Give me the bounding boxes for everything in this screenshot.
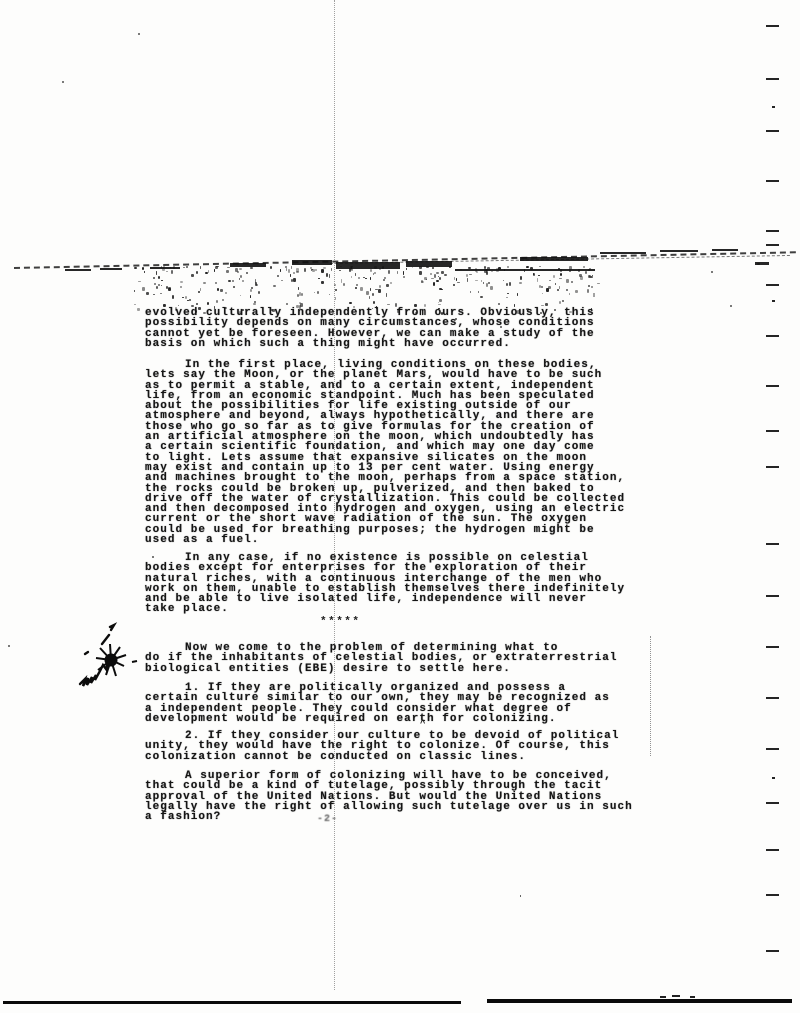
noise-speck [498, 303, 500, 305]
edge-tick [766, 25, 779, 27]
noise-speck [286, 268, 287, 270]
noise-speck [467, 278, 469, 282]
edge-tick [766, 894, 779, 896]
noise-speck [496, 268, 499, 272]
noise-speck [335, 289, 337, 291]
noise-speck [591, 286, 593, 289]
noise-speck [386, 284, 389, 287]
noise-speck [434, 274, 436, 278]
noise-speck [419, 271, 422, 275]
noise-speck [293, 278, 296, 281]
noise-speck [186, 266, 188, 268]
noise-speck [403, 271, 404, 275]
crease-ink-blot [336, 262, 400, 269]
noise-speck [215, 282, 217, 284]
noise-speck [593, 293, 595, 295]
noise-speck [454, 277, 455, 280]
noise-speck [250, 289, 252, 292]
noise-speck [441, 289, 444, 290]
noise-speck [575, 290, 578, 292]
noise-speck [365, 278, 367, 279]
crease-ink-blot [230, 263, 266, 267]
noise-speck [171, 270, 172, 273]
noise-speck [142, 267, 144, 270]
noise-speck [490, 286, 493, 290]
edge-tick [766, 849, 779, 851]
noise-speck [438, 304, 441, 305]
paragraph: evolved culturally independently from ou… [145, 308, 595, 349]
noise-speck [566, 279, 569, 282]
noise-speck [286, 303, 288, 305]
stray-speck [62, 81, 64, 83]
noise-speck [235, 268, 237, 272]
noise-speck [198, 291, 200, 293]
noise-speck [299, 292, 301, 296]
noise-speck [343, 283, 345, 286]
noise-speck [163, 304, 165, 307]
noise-speck [272, 309, 275, 312]
noise-speck [232, 280, 235, 282]
stray-speck [455, 318, 457, 320]
noise-speck [578, 269, 580, 272]
noise-speck [559, 278, 561, 279]
noise-speck [520, 276, 522, 280]
noise-speck [484, 269, 487, 273]
edge-tick [772, 300, 775, 302]
noise-speck [526, 267, 528, 268]
noise-speck [222, 299, 223, 302]
noise-speck [432, 267, 434, 269]
noise-speck [439, 299, 442, 302]
noise-speck [507, 266, 508, 267]
paragraph: 2. If they consider our culture to be de… [145, 731, 619, 762]
noise-speck [156, 286, 158, 290]
stray-speck [730, 305, 732, 307]
noise-speck [226, 270, 229, 274]
noise-speck [549, 280, 550, 282]
paragraph: In the first place, living conditions on… [145, 360, 625, 545]
noise-speck [358, 277, 360, 279]
noise-speck [310, 267, 311, 269]
noise-speck [178, 305, 179, 306]
noise-speck [220, 289, 222, 292]
noise-speck [314, 292, 315, 293]
noise-speck [395, 303, 397, 307]
noise-speck [296, 305, 299, 308]
noise-speck [329, 274, 330, 278]
right-margin-dotted-line [650, 636, 651, 756]
noise-speck [569, 270, 571, 272]
noise-speck [153, 294, 155, 295]
noise-speck [240, 295, 242, 296]
crease-ink-blot [712, 249, 738, 251]
noise-speck [387, 304, 390, 305]
bottom-scan-bar-left [3, 1001, 461, 1004]
noise-speck [537, 278, 538, 282]
noise-speck [341, 279, 342, 282]
ink-star-doodle [96, 644, 137, 676]
noise-speck [290, 274, 292, 277]
noise-speck [296, 268, 299, 272]
noise-speck [559, 286, 561, 289]
noise-speck [134, 267, 137, 268]
noise-speck [239, 278, 241, 280]
noise-speck [161, 285, 162, 286]
edge-tick [766, 130, 779, 132]
edge-tick [766, 595, 779, 597]
stray-speck [545, 303, 548, 306]
edge-tick [766, 543, 779, 545]
noise-speck [160, 293, 162, 294]
edge-tick [766, 230, 779, 232]
noise-speck [376, 306, 377, 310]
edge-tick [766, 284, 779, 286]
noise-speck [339, 270, 341, 271]
noise-speck [196, 303, 198, 304]
noise-speck [491, 271, 492, 272]
noise-speck [588, 285, 590, 287]
crease-ink-blot [600, 252, 646, 254]
noise-speck [208, 270, 209, 273]
crease-ink-blot [520, 257, 588, 261]
noise-speck [553, 275, 555, 278]
bottom-bar-serration [672, 995, 680, 997]
fold-crease-line [14, 251, 796, 269]
edge-tick [766, 466, 779, 468]
separator-asterisks: ***** [320, 617, 361, 627]
noise-speck [503, 280, 505, 282]
noise-speck [555, 283, 556, 285]
bottom-bar-serration [690, 996, 695, 998]
edge-tick [766, 950, 779, 952]
noise-speck [379, 285, 381, 288]
noise-speck [557, 289, 560, 291]
edge-tick [766, 697, 779, 699]
noise-speck [142, 287, 144, 291]
noise-speck [506, 297, 508, 299]
insertion-caret-mark: ^ [420, 720, 425, 729]
noise-speck [168, 287, 171, 289]
noise-speck [571, 281, 573, 282]
crease-ink-blot [292, 260, 332, 265]
noise-speck [250, 267, 253, 269]
noise-speck [153, 277, 155, 278]
noise-speck [383, 279, 385, 282]
noise-speck [166, 271, 168, 272]
noise-speck [373, 301, 375, 303]
noise-speck [166, 286, 168, 289]
stray-speck [757, 263, 760, 265]
noise-speck [478, 291, 479, 293]
stray-speck [500, 326, 502, 328]
noise-speck [559, 301, 561, 304]
edge-tick [766, 335, 779, 337]
noise-speck [254, 301, 256, 303]
noise-speck [530, 267, 533, 270]
noise-speck [318, 278, 320, 279]
noise-speck [597, 283, 600, 285]
noise-speck [191, 274, 194, 278]
noise-speck [436, 280, 439, 282]
noise-speck [203, 312, 206, 315]
noise-speck [569, 293, 570, 295]
noise-speck [301, 293, 303, 296]
noise-speck [239, 268, 241, 270]
noise-speck [216, 300, 218, 303]
stray-speck [138, 33, 140, 35]
noise-speck [487, 267, 490, 271]
noise-speck [433, 282, 435, 286]
noise-speck [280, 269, 281, 273]
crease-ink-blot [100, 268, 122, 270]
noise-speck [589, 275, 590, 278]
noise-speck [315, 269, 318, 272]
noise-speck [299, 302, 301, 304]
noise-speck [481, 280, 482, 282]
noise-speck [426, 266, 429, 268]
edge-tick [772, 106, 775, 108]
noise-speck [466, 274, 468, 276]
noise-speck [196, 271, 198, 274]
noise-speck [246, 272, 248, 274]
noise-speck [524, 269, 525, 272]
noise-speck [233, 286, 236, 288]
noise-speck [355, 287, 357, 289]
edge-tick [766, 180, 779, 182]
noise-speck [203, 282, 206, 284]
noise-speck [507, 293, 509, 295]
noise-speck [353, 306, 355, 308]
noise-speck [506, 283, 508, 286]
noise-speck [326, 273, 328, 277]
noise-speck [569, 311, 571, 313]
noise-speck [583, 266, 586, 268]
noise-speck [369, 296, 370, 299]
noise-speck [321, 281, 324, 283]
stray-speck [554, 309, 556, 311]
noise-speck [304, 268, 306, 271]
noise-speck [514, 304, 515, 306]
noise-speck [329, 294, 330, 295]
noise-speck [134, 290, 135, 292]
noise-speck [355, 273, 356, 276]
noise-speck [469, 274, 471, 276]
noise-speck [426, 279, 427, 280]
noise-speck [560, 273, 562, 276]
noise-speck [162, 268, 165, 271]
noise-speck [228, 280, 231, 282]
noise-speck [449, 266, 450, 267]
noise-speck [475, 280, 478, 282]
noise-speck [517, 310, 520, 314]
center-fold-dotted-line [334, 0, 335, 990]
noise-speck [430, 273, 432, 276]
noise-speck [590, 276, 592, 278]
noise-speck [349, 302, 351, 304]
noise-speck [390, 282, 392, 284]
paragraph: A superior form of colonizing will have … [145, 771, 633, 822]
crease-ink-blot [65, 269, 91, 271]
noise-speck [370, 288, 371, 291]
noise-speck [488, 282, 490, 284]
noise-speck [441, 312, 444, 315]
noise-speck [277, 275, 279, 277]
noise-speck [406, 268, 408, 269]
noise-speck [366, 291, 369, 294]
noise-speck [253, 303, 255, 305]
noise-speck [370, 269, 372, 271]
noise-speck [288, 269, 290, 273]
noise-speck [360, 287, 362, 291]
noise-speck [161, 266, 163, 268]
noise-speck [215, 266, 218, 269]
noise-speck [438, 308, 439, 309]
noise-speck [182, 297, 184, 299]
crease-ink-blot [406, 261, 452, 267]
noise-speck [587, 289, 589, 292]
edge-tick [766, 430, 779, 432]
noise-speck [541, 286, 543, 288]
paragraph: Now we come to the problem of determinin… [145, 643, 618, 674]
noise-speck [146, 292, 148, 295]
edge-tick [766, 802, 779, 804]
stray-speck [562, 300, 564, 302]
noise-speck [519, 282, 522, 285]
noise-speck [180, 286, 181, 288]
noise-speck [593, 295, 594, 297]
noise-speck [281, 280, 283, 282]
noise-speck [538, 275, 540, 277]
noise-speck [317, 291, 320, 294]
noise-speck [134, 304, 137, 306]
stray-speck [152, 556, 154, 558]
noise-speck [161, 280, 163, 282]
noise-speck [200, 266, 202, 268]
noise-speck [195, 310, 196, 313]
noise-speck [397, 309, 400, 312]
noise-speck [158, 276, 160, 280]
noise-speck [453, 284, 455, 286]
noise-speck [476, 271, 478, 273]
scanned-document-page: evolved culturally independently from ou… [0, 0, 800, 1013]
bottom-bar-serration [660, 996, 666, 998]
noise-speck [137, 308, 139, 311]
noise-speck [480, 296, 483, 298]
noise-speck [421, 281, 424, 283]
noise-speck [298, 287, 299, 290]
edge-tick [772, 777, 775, 779]
noise-speck [258, 291, 260, 293]
noise-speck [180, 281, 183, 283]
noise-speck [172, 295, 174, 299]
noise-speck [173, 266, 175, 269]
noise-speck [356, 284, 358, 286]
noise-speck [227, 267, 230, 269]
noise-speck [156, 271, 157, 275]
noise-speck [585, 271, 587, 275]
edge-tick [766, 748, 779, 750]
noise-speck [273, 285, 276, 287]
noise-speck [200, 288, 202, 291]
noise-speck [351, 276, 352, 278]
stray-speck [520, 895, 521, 897]
noise-speck [419, 266, 422, 269]
edge-tick [766, 385, 779, 387]
noise-speck [412, 267, 413, 268]
paragraph: In any case, if no existence is possible… [145, 553, 625, 615]
noise-speck [546, 288, 549, 292]
noise-speck [374, 266, 377, 268]
noise-speck [483, 282, 484, 283]
noise-speck [509, 282, 511, 286]
noise-speck [397, 271, 398, 274]
noise-speck [457, 282, 460, 283]
noise-speck [185, 296, 187, 300]
crease-ink-blot [660, 250, 698, 252]
noise-speck [183, 267, 185, 268]
noise-speck [225, 292, 227, 294]
noise-speck [542, 293, 543, 294]
stray-speck [540, 312, 542, 314]
noise-speck [456, 278, 458, 281]
crease-ink-blot [150, 267, 180, 269]
noise-speck [378, 289, 381, 293]
noise-speck [566, 289, 568, 291]
noise-speck [154, 283, 156, 285]
noise-speck [580, 276, 583, 280]
noise-speck [144, 271, 145, 273]
noise-speck [293, 272, 294, 275]
noise-speck [214, 269, 215, 271]
stray-speck [711, 271, 713, 273]
noise-speck [321, 269, 323, 273]
noise-speck [414, 304, 416, 307]
noise-speck [189, 299, 191, 301]
noise-speck [403, 276, 405, 278]
noise-speck [517, 293, 518, 296]
stray-speck [470, 340, 472, 342]
noise-speck [388, 270, 390, 274]
noise-speck [291, 266, 292, 269]
noise-speck [370, 277, 371, 280]
handwritten-annotation [58, 592, 168, 707]
noise-speck [526, 308, 529, 310]
noise-speck [175, 307, 177, 311]
paragraph: 1. If they are politically organized and… [145, 683, 610, 724]
noise-speck [331, 268, 332, 271]
noise-speck [424, 304, 426, 307]
noise-speck [335, 297, 336, 299]
noise-speck [138, 281, 141, 283]
noise-speck [217, 288, 219, 291]
noise-speck [250, 295, 251, 297]
edge-tick [766, 244, 779, 246]
bottom-scan-bar-right [487, 999, 792, 1003]
noise-speck [240, 275, 241, 278]
stray-speck [8, 645, 10, 647]
noise-speck [158, 284, 160, 286]
noise-speck [436, 272, 439, 273]
noise-speck [379, 268, 382, 269]
noise-speck [386, 293, 387, 297]
noise-speck [444, 274, 447, 276]
noise-speck [270, 266, 272, 269]
noise-speck [539, 266, 541, 267]
noise-speck [242, 280, 244, 281]
noise-speck [431, 278, 434, 279]
noise-speck [470, 291, 471, 293]
noise-speck [372, 293, 374, 296]
